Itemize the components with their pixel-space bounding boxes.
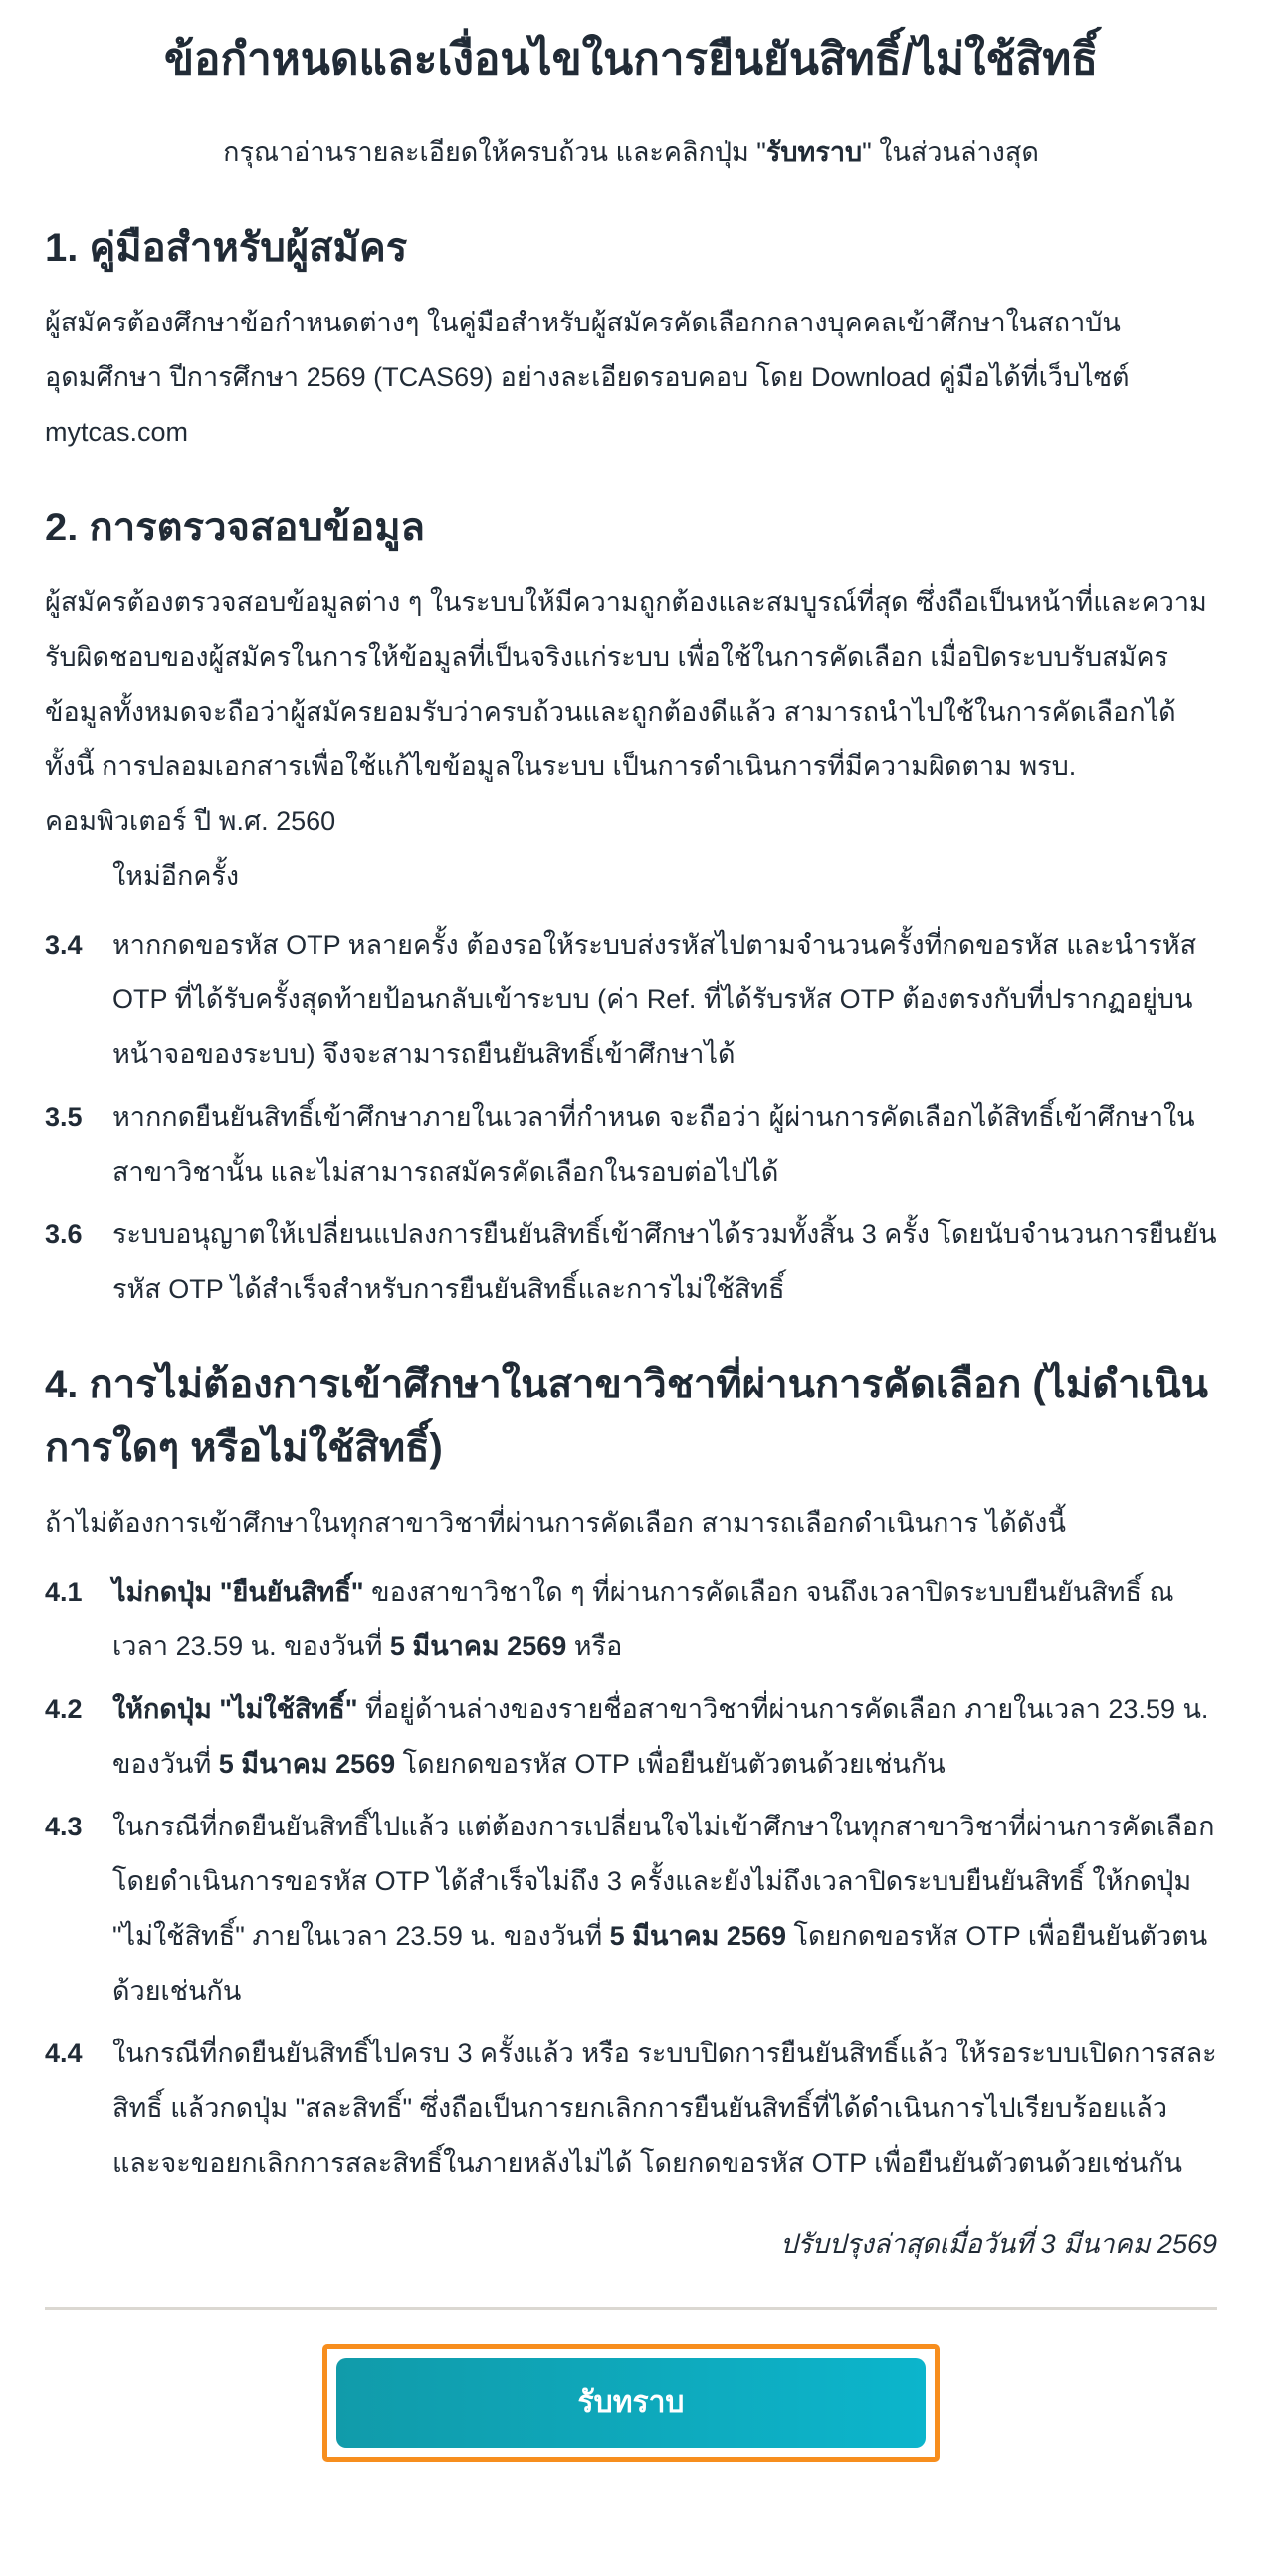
section-2-heading: 2. การตรวจสอบข้อมูล xyxy=(45,496,1217,559)
item-number: 4.4 xyxy=(45,2027,112,2191)
item-number: 3.4 xyxy=(45,918,112,1082)
list-item-4-3: 4.3 ในกรณีที่กดยืนยันสิทธิ์ไปแล้ว แต่ต้อ… xyxy=(45,1800,1217,2019)
section-2-paragraph: ผู้สมัครต้องตรวจสอบข้อมูลต่าง ๆ ในระบบให… xyxy=(45,575,1217,849)
item-number: 3.6 xyxy=(45,1207,112,1317)
acknowledge-button[interactable]: รับทราบ xyxy=(336,2358,926,2448)
item-number: 4.3 xyxy=(45,1800,112,2019)
item-text: ไม่กดปุ่ม "ยืนยันสิทธิ์" ของสาขาวิชาใด ๆ… xyxy=(112,1565,1217,1674)
section-4-heading: 4. การไม่ต้องการเข้าศึกษาในสาขาวิชาที่ผ่… xyxy=(45,1353,1217,1480)
item-number: 4.2 xyxy=(45,1682,112,1792)
last-updated-note: ปรับปรุงล่าสุดเมื่อวันที่ 3 มีนาคม 2569 xyxy=(45,2217,1217,2271)
item-number: 4.1 xyxy=(45,1565,112,1674)
list-item-3-4: 3.4 หากกดขอรหัส OTP หลายครั้ง ต้องรอให้ร… xyxy=(45,918,1217,1082)
section-3-item-list: 3.4 หากกดขอรหัส OTP หลายครั้ง ต้องรอให้ร… xyxy=(45,918,1217,1317)
section-1-heading: 1. คู่มือสำหรับผู้สมัคร xyxy=(45,216,1217,280)
item-text: ในกรณีที่กดยืนยันสิทธิ์ไปครบ 3 ครั้งแล้ว… xyxy=(112,2027,1217,2191)
page-title: ข้อกำหนดและเงื่อนไขในการยืนยันสิทธิ์/ไม่… xyxy=(45,28,1217,92)
section-1-paragraph: ผู้สมัครต้องศึกษาข้อกำหนดต่างๆ ในคู่มือส… xyxy=(45,296,1217,460)
item-text: ให้กดปุ่ม "ไม่ใช้สิทธิ์" ที่อยู่ด้านล่าง… xyxy=(112,1682,1217,1792)
section-4-intro: ถ้าไม่ต้องการเข้าศึกษาในทุกสาขาวิชาที่ผ่… xyxy=(45,1496,1217,1551)
list-item-4-4: 4.4 ในกรณีที่กดยืนยันสิทธิ์ไปครบ 3 ครั้ง… xyxy=(45,2027,1217,2191)
item-number: 3.5 xyxy=(45,1090,112,1199)
item-text: หากกดขอรหัส OTP หลายครั้ง ต้องรอให้ระบบส… xyxy=(112,918,1217,1082)
list-item-4-1: 4.1 ไม่กดปุ่ม "ยืนยันสิทธิ์" ของสาขาวิชา… xyxy=(45,1565,1217,1674)
list-item-3-5: 3.5 หากกดยืนยันสิทธิ์เข้าศึกษาภายในเวลาท… xyxy=(45,1090,1217,1199)
page-subtitle: กรุณาอ่านรายละเอียดให้ครบถ้วน และคลิกปุ่… xyxy=(45,125,1217,180)
item-text: ระบบอนุญาตให้เปลี่ยนแปลงการยืนยันสิทธิ์เ… xyxy=(112,1207,1217,1317)
truncated-item-fragment: ใหม่อีกครั้ง xyxy=(45,849,1217,904)
list-item-4-2: 4.2 ให้กดปุ่ม "ไม่ใช้สิทธิ์" ที่อยู่ด้าน… xyxy=(45,1682,1217,1792)
item-text: ในกรณีที่กดยืนยันสิทธิ์ไปแล้ว แต่ต้องการ… xyxy=(112,1800,1217,2019)
acknowledge-button-focus-ring: รับทราบ xyxy=(322,2344,940,2462)
item-text: หากกดยืนยันสิทธิ์เข้าศึกษาภายในเวลาที่กำ… xyxy=(112,1090,1217,1199)
divider xyxy=(45,2307,1217,2310)
list-item-3-6: 3.6 ระบบอนุญาตให้เปลี่ยนแปลงการยืนยันสิท… xyxy=(45,1207,1217,1317)
section-4-item-list: 4.1 ไม่กดปุ่ม "ยืนยันสิทธิ์" ของสาขาวิชา… xyxy=(45,1565,1217,2191)
terms-page: ข้อกำหนดและเงื่อนไขในการยืนยันสิทธิ์/ไม่… xyxy=(0,28,1262,2576)
